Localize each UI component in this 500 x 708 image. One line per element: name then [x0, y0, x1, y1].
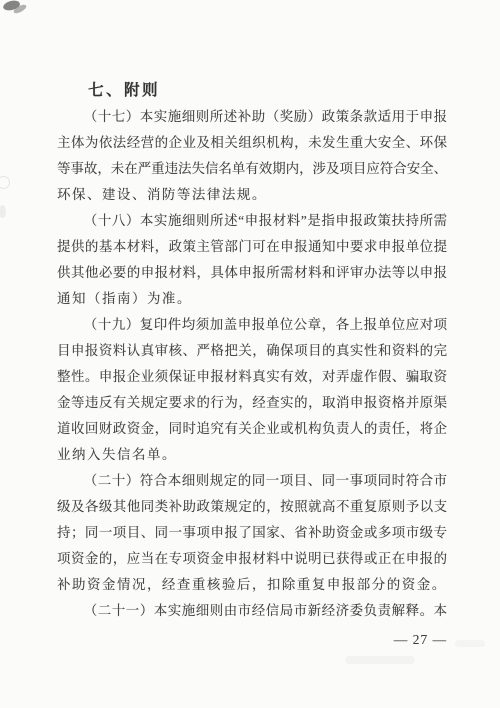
document-page: 七、附则 （十七）本实施细则所述补助（奖励）政策条款适用于申报 主体为依法经营的…	[0, 0, 500, 708]
paragraph-21: （二十一）本实施细则由市经信局市新经济委负责解释。本	[57, 598, 447, 624]
text-line: （十七）本实施细则所述补助（奖励）政策条款适用于申报	[57, 104, 447, 130]
paragraph-19: （十九）复印件均须加盖申报单位公章，各上报单位应对项 目申报资料认真审核、严格把…	[57, 312, 447, 468]
text-line: 业纳入失信名单。	[57, 442, 447, 468]
page-number: — 27 —	[394, 627, 447, 653]
scan-artifact	[12, 3, 27, 15]
paragraph-17: （十七）本实施细则所述补助（奖励）政策条款适用于申报 主体为依法经营的企业及相关…	[57, 104, 447, 208]
scan-artifact	[455, 640, 485, 647]
text-line: 主体为依法经营的企业及相关组织机构，未发生重大安全、环保	[57, 130, 447, 156]
text-line: 道收回财政资金，同时追究有关企业或机构负责人的责任，将企	[57, 416, 447, 442]
text-line: （十九）复印件均须加盖申报单位公章，各上报单位应对项	[57, 312, 447, 338]
text-line: 环保、建设、消防等法律法规。	[57, 182, 447, 208]
text-line: 整性。申报企业须保证申报材料真实有效，对弄虚作假、骗取资	[57, 364, 447, 390]
scan-artifact	[345, 656, 415, 664]
text-line: 提供的基本材料，政策主管部门可在申报通知中要求申报单位提	[57, 234, 447, 260]
text-line: 等事故，未在严重违法失信名单有效期内，涉及项目应符合安全、	[57, 156, 447, 182]
document-body: 七、附则 （十七）本实施细则所述补助（奖励）政策条款适用于申报 主体为依法经营的…	[57, 78, 447, 624]
text-line: 金等违反有关规定要求的行为，经查实的，取消申报资格并原渠	[57, 390, 447, 416]
paragraph-18: （十八）本实施细则所述“申报材料”是指申报政策扶持所需 提供的基本材料，政策主管…	[57, 208, 447, 312]
text-line: 目申报资料认真审核、严格把关，确保项目的真实性和资料的完	[57, 338, 447, 364]
text-line: （二十）符合本细则规定的同一项目、同一事项同时符合市	[57, 468, 447, 494]
section-heading: 七、附则	[57, 78, 447, 104]
text-line: 级及各级其他同类补助政策规定的，按照就高不重复原则予以支	[57, 494, 447, 520]
text-line: 持；同一项目、同一事项申报了国家、省补助资金或多项市级专	[57, 520, 447, 546]
scan-artifact	[2, 0, 21, 12]
text-line: （十八）本实施细则所述“申报材料”是指申报政策扶持所需	[57, 208, 447, 234]
text-line: 供其他必要的申报材料，具体申报所需材料和评审办法等以申报	[57, 260, 447, 286]
text-line: （二十一）本实施细则由市经信局市新经济委负责解释。本	[57, 598, 447, 624]
text-line: 项资金的，应当在专项资金申报材料中说明已获得或正在申报的	[57, 546, 447, 572]
paragraph-20: （二十）符合本细则规定的同一项目、同一事项同时符合市 级及各级其他同类补助政策规…	[57, 468, 447, 598]
text-line: 补助资金情况，经查重核验后，扣除重复申报部分的资金。	[57, 572, 447, 598]
scan-artifact	[0, 205, 6, 218]
text-line: 通知（指南）为准。	[57, 286, 447, 312]
scan-artifact	[0, 176, 10, 189]
